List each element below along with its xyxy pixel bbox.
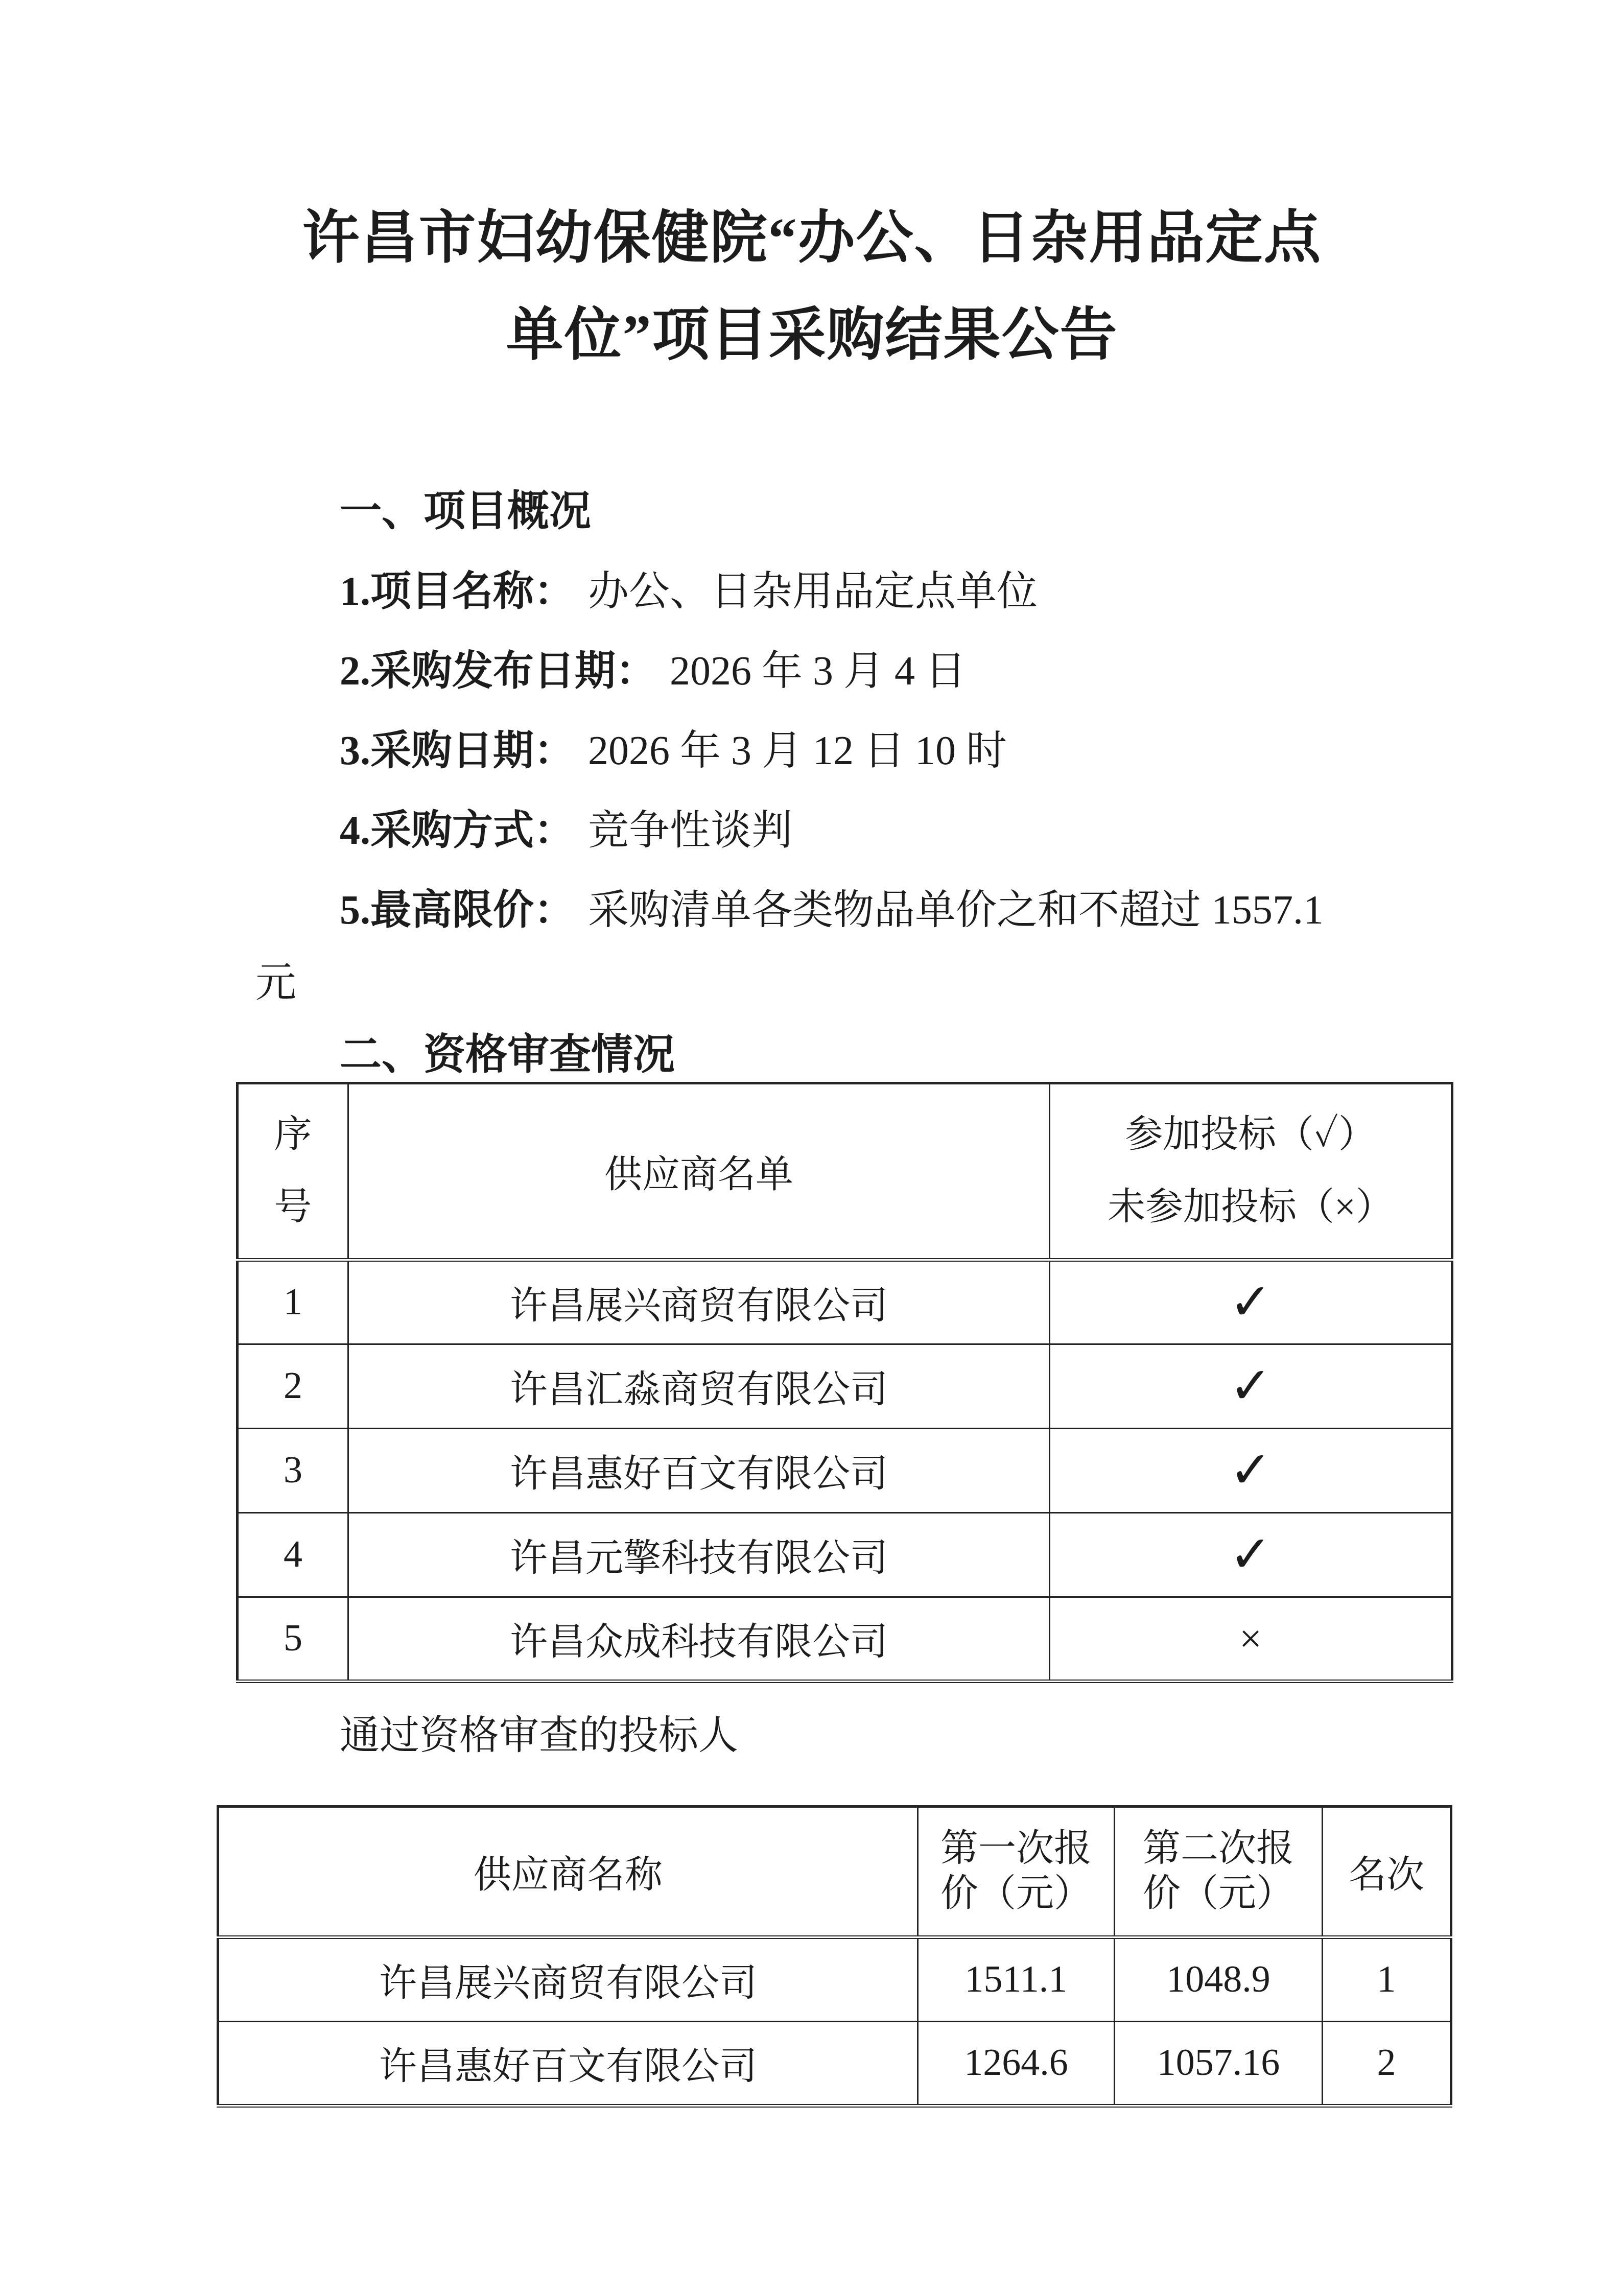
qualification-row-1: 1 许昌展兴商贸有限公司 ✓ <box>238 1260 1452 1344</box>
item-procure-date-value: 2026 年 3 月 12 日 10 时 <box>588 728 1007 773</box>
section1-heading: 一、项目概况 <box>255 489 1455 533</box>
document-title-line1: 许昌市妇幼保健院“办公、日杂用品定点 <box>0 190 1624 287</box>
document-page: 许昌市妇幼保健院“办公、日杂用品定点 单位”项目采购结果公告 一、项目概况 1.… <box>0 0 1624 2294</box>
check-mark: ✓ <box>1050 1428 1452 1512</box>
quote-row-1-second: 1048.9 <box>1115 1937 1323 2021</box>
item-publish-date: 2.采购发布日期：2026 年 3 月 4 日 <box>255 650 1455 693</box>
header-supplier-list: 供应商名单 <box>348 1083 1050 1260</box>
header-supplier-name: 供应商名称 <box>218 1806 918 1937</box>
quote-table: 供应商名称 第一次报 价（元） 第二次报 价（元） 名次 许昌展 <box>217 1805 1452 2108</box>
check-mark: ✓ <box>1050 1344 1452 1428</box>
item-max-price-overflow: 元 <box>255 961 1455 1004</box>
qualification-table-header-row: 序 号 供应商名单 参加投标（✓） 未参加投标（×） <box>238 1083 1452 1260</box>
row-2-supplier: 许昌汇淼商贸有限公司 <box>348 1344 1050 1428</box>
item-publish-date-value: 2026 年 3 月 4 日 <box>670 649 966 694</box>
header-second-quote-line2: 价（元） <box>1143 1874 1294 1914</box>
qualification-row-5: 5 许昌众成科技有限公司 × <box>238 1597 1452 1681</box>
row-3-no: 3 <box>238 1428 348 1512</box>
qualification-row-3: 3 许昌惠好百文有限公司 ✓ <box>238 1428 1452 1512</box>
item-project-name: 1.项目名称：办公、日杂用品定点单位 <box>255 570 1455 613</box>
item-procure-date-label: 3.采购日期： <box>340 728 575 773</box>
row-1-no: 1 <box>238 1260 348 1344</box>
qualification-table: 序 号 供应商名单 参加投标（✓） 未参加投标（×） 1 许昌展兴商贸有限公司 … <box>236 1082 1453 1683</box>
header-seq-line1: 序 <box>274 1115 312 1155</box>
row-5-supplier: 许昌众成科技有限公司 <box>348 1597 1050 1681</box>
quote-table-header-row: 供应商名称 第一次报 价（元） 第二次报 价（元） 名次 <box>218 1806 1451 1937</box>
row-4-supplier: 许昌元擎科技有限公司 <box>348 1512 1050 1597</box>
header-first-quote-line2: 价（元） <box>940 1874 1092 1914</box>
quote-row-2-supplier: 许昌惠好百文有限公司 <box>218 2021 918 2106</box>
quote-row-2-second: 1057.16 <box>1115 2021 1323 2106</box>
header-seq-line2: 号 <box>274 1187 312 1228</box>
item-max-price-value: 采购清单各类物品单价之和不超过 1557.1 <box>588 888 1324 933</box>
quote-row-2: 许昌惠好百文有限公司 1264.6 1057.16 2 <box>218 2021 1451 2106</box>
header-attendance-line1: 参加投标（✓） <box>1125 1115 1376 1155</box>
cross-mark: × <box>1050 1597 1452 1681</box>
row-5-no: 5 <box>238 1597 348 1681</box>
header-first-quote-line1: 第一次报 <box>940 1829 1092 1870</box>
row-3-supplier: 许昌惠好百文有限公司 <box>348 1428 1050 1512</box>
quote-row-1-first: 1511.1 <box>918 1937 1115 2021</box>
item-max-price: 5.最高限价：采购清单各类物品单价之和不超过 1557.1 <box>255 889 1455 932</box>
header-second-quote-line1: 第二次报 <box>1143 1829 1294 1870</box>
quote-row-2-first: 1264.6 <box>918 2021 1115 2106</box>
row-1-supplier: 许昌展兴商贸有限公司 <box>348 1260 1050 1344</box>
quote-row-2-rank: 2 <box>1323 2021 1451 2106</box>
document-title-line2: 单位”项目采购结果公告 <box>0 287 1624 384</box>
item-project-name-value: 办公、日杂用品定点单位 <box>588 569 1038 614</box>
header-attendance-line2: 未参加投标（×） <box>1108 1187 1394 1228</box>
section2-heading: 二、资格审查情况 <box>255 1033 1455 1077</box>
qualification-row-2: 2 许昌汇淼商贸有限公司 ✓ <box>238 1344 1452 1428</box>
item-max-price-label: 5.最高限价： <box>340 888 575 933</box>
item-procure-date: 3.采购日期：2026 年 3 月 12 日 10 时 <box>255 729 1455 772</box>
quote-row-1-rank: 1 <box>1323 1937 1451 2021</box>
check-mark: ✓ <box>1050 1512 1452 1597</box>
item-publish-date-label: 2.采购发布日期： <box>340 649 656 694</box>
quote-row-1-supplier: 许昌展兴商贸有限公司 <box>218 1937 918 2021</box>
qualified-bidders-note: 通过资格审查的投标人 <box>340 1715 1455 1757</box>
item-project-name-label: 1.项目名称： <box>340 569 575 614</box>
row-2-no: 2 <box>238 1344 348 1428</box>
row-4-no: 4 <box>238 1512 348 1597</box>
qualification-row-4: 4 许昌元擎科技有限公司 ✓ <box>238 1512 1452 1597</box>
header-rank: 名次 <box>1323 1806 1451 1937</box>
quote-row-1: 许昌展兴商贸有限公司 1511.1 1048.9 1 <box>218 1937 1451 2021</box>
header-attendance: 参加投标（✓） 未参加投标（×） <box>1050 1083 1452 1260</box>
header-second-quote: 第二次报 价（元） <box>1115 1806 1323 1937</box>
document-title: 许昌市妇幼保健院“办公、日杂用品定点 单位”项目采购结果公告 <box>0 0 1624 385</box>
item-procure-method-label: 4.采购方式： <box>340 808 575 853</box>
item-procure-method: 4.采购方式：竞争性谈判 <box>255 809 1455 852</box>
item-procure-method-value: 竞争性谈判 <box>588 808 792 853</box>
header-seq: 序 号 <box>238 1083 348 1260</box>
header-first-quote: 第一次报 价（元） <box>918 1806 1115 1937</box>
check-mark: ✓ <box>1050 1260 1452 1344</box>
